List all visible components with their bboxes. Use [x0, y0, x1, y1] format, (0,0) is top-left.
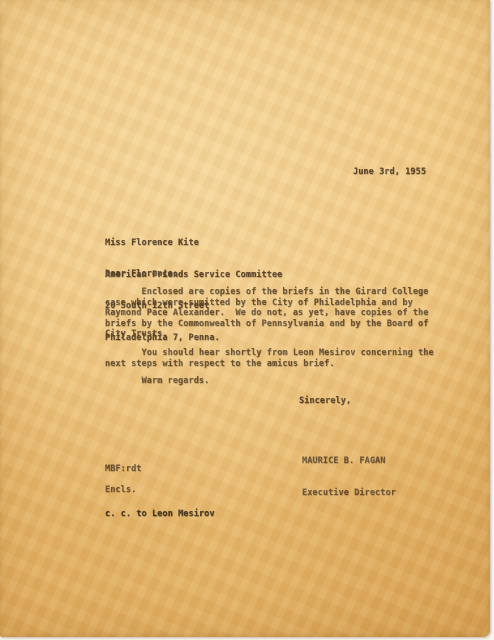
salutation: Dear Florence: [105, 269, 178, 280]
letter-paper: June 3rd, 1955 Miss Florence Kite Americ… [0, 0, 490, 637]
enclosure-note: Encls. [105, 485, 136, 496]
reference-initials: MBF:rdt [105, 464, 142, 475]
signature-title: Executive Director [302, 488, 396, 499]
body-paragraph-1: Enclosed are copies of the briefs in the… [105, 287, 428, 340]
warm-regards-line: Warm regards. [105, 376, 209, 387]
signature-block: MAURICE B. FAGAN Executive Director [302, 435, 396, 519]
closing-line: Sincerely, [299, 396, 351, 407]
signature-name: MAURICE B. FAGAN [302, 456, 396, 467]
cc-line: c. c. to Leon Mesirov [105, 509, 215, 520]
letter-date: June 3rd, 1955 [353, 167, 426, 178]
body-paragraph-2: You should hear shortly from Leon Mesiro… [105, 348, 434, 369]
recipient-name: Miss Florence Kite [105, 238, 282, 249]
